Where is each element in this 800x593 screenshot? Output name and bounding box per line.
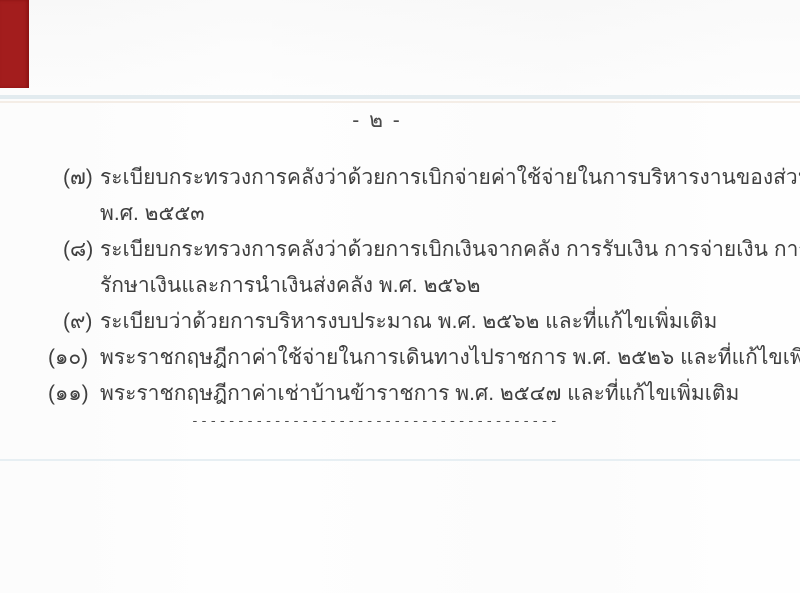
red-corner-mark: [0, 0, 29, 88]
list-item-text: พระราชกฤษฎีกาค่าเช่าบ้านข้าราชการ พ.ศ. ๒…: [100, 376, 760, 412]
list-item-10: (๑๐) พระราชกฤษฎีกาค่าใช้จ่ายในการเดินทาง…: [0, 340, 800, 376]
list-item-text: ระเบียบว่าด้วยการบริหารงบประมาณ พ.ศ. ๒๕๖…: [100, 304, 760, 340]
list-item-text: ระเบียบกระทรวงการคลังว่าด้วยการเบิกเงินจ…: [100, 232, 760, 268]
dashed-separator: ----------------------------------------: [0, 412, 775, 432]
list-item-number: (๗): [63, 160, 93, 196]
list-item-text-continued: พ.ศ. ๒๕๕๓: [100, 196, 760, 232]
page-number: - ๒ -: [0, 104, 777, 137]
scan-rule-line-top: [0, 95, 800, 99]
list-item-number: (๑๐): [48, 340, 88, 376]
list-item-number: (๑๑): [48, 376, 89, 412]
list-item-11: (๑๑) พระราชกฤษฎีกาค่าเช่าบ้านข้าราชการ พ…: [0, 376, 800, 412]
list-item-text: พระราชกฤษฎีกาค่าใช้จ่ายในการเดินทางไปราช…: [100, 340, 760, 376]
regulation-list: (๗) ระเบียบกระทรวงการคลังว่าด้วยการเบิกจ…: [0, 160, 800, 412]
list-item-text: ระเบียบกระทรวงการคลังว่าด้วยการเบิกจ่ายค…: [100, 160, 760, 196]
scanned-document-page: { "page_header": { "page_number": "- ๒ -…: [0, 0, 800, 593]
scan-rule-line-middle: [0, 459, 800, 461]
list-item-8: (๘) ระเบียบกระทรวงการคลังว่าด้วยการเบิกเ…: [0, 232, 800, 304]
scan-rule-line-top-faint: [0, 101, 800, 103]
list-item-number: (๘): [63, 232, 93, 268]
list-item-9: (๙) ระเบียบว่าด้วยการบริหารงบประมาณ พ.ศ.…: [0, 304, 800, 340]
list-item-text-continued: รักษาเงินและการนำเงินส่งคลัง พ.ศ. ๒๕๖๒: [100, 268, 760, 304]
list-item-7: (๗) ระเบียบกระทรวงการคลังว่าด้วยการเบิกจ…: [0, 160, 800, 232]
list-item-number: (๙): [63, 304, 92, 340]
